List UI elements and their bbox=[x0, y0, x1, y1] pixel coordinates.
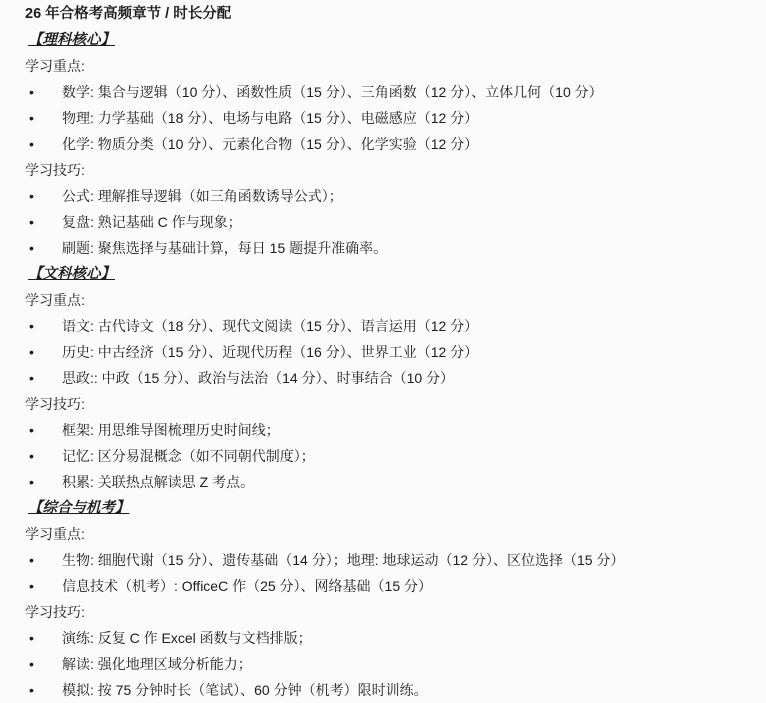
subsection-label-skills: 学习技巧: bbox=[25, 391, 748, 417]
bullet-item-interpret: 解读: 强化地理区域分析能力； bbox=[25, 651, 748, 677]
subsection-label-skills: 学习技巧: bbox=[25, 157, 748, 183]
document-page: 26 年合格考高频章节 / 时长分配 【理科核心】 学习重点: 数学: 集合与逻… bbox=[0, 0, 766, 703]
section-heading-text: 【文科核心】 bbox=[28, 266, 115, 282]
bullet-item-drill: 演练: 反复 C 作 Excel 函数与文档排版； bbox=[25, 625, 748, 651]
section-heading-text: 【理科核心】 bbox=[28, 32, 115, 48]
section-heading-comprehensive: 【综合与机考】 bbox=[25, 495, 748, 521]
bullet-list: 语文: 古代诗文（18 分）、现代文阅读（15 分）、语言运用（12 分） 历史… bbox=[25, 313, 748, 391]
bullet-item-simulate: 模拟: 按 75 分钟时长（笔试）、60 分钟（机考）限时训练。 bbox=[25, 677, 748, 703]
bullet-item-chemistry: 化学: 物质分类（10 分）、元素化合物（15 分）、化学实验（12 分） bbox=[25, 131, 748, 157]
page-title: 26 年合格考高频章节 / 时长分配 bbox=[25, 1, 748, 27]
bullet-list: 演练: 反复 C 作 Excel 函数与文档排版； 解读: 强化地理区域分析能力… bbox=[25, 625, 748, 703]
bullet-item-formula: 公式: 理解推导逻辑（如三角函数诱导公式）； bbox=[25, 183, 748, 209]
bullet-item-it: 信息技术（机考）: OfficeC 作（25 分）、网络基础（15 分） bbox=[25, 573, 748, 599]
subsection-label-skills: 学习技巧: bbox=[25, 599, 748, 625]
bullet-list: 公式: 理解推导逻辑（如三角函数诱导公式）； 复盘: 熟记基础 C 作与现象； … bbox=[25, 183, 748, 261]
section-heading-science: 【理科核心】 bbox=[25, 27, 748, 53]
bullet-item-memory: 记忆: 区分易混概念（如不同朝代制度）； bbox=[25, 443, 748, 469]
bullet-list: 生物: 细胞代谢（15 分）、遗传基础（14 分）；地理: 地球运动（12 分）… bbox=[25, 547, 748, 599]
bullet-item-math: 数学: 集合与逻辑（10 分）、函数性质（15 分）、三角函数（12 分）、立体… bbox=[25, 79, 748, 105]
subsection-label-focus: 学习重点: bbox=[25, 521, 748, 547]
bullet-item-history: 历史: 中古经济（15 分）、近现代历程（16 分）、世界工业（12 分） bbox=[25, 339, 748, 365]
bullet-item-physics: 物理: 力学基础（18 分）、电场与电路（15 分）、电磁感应（12 分） bbox=[25, 105, 748, 131]
subsection-label-focus: 学习重点: bbox=[25, 287, 748, 313]
bullet-list: 数学: 集合与逻辑（10 分）、函数性质（15 分）、三角函数（12 分）、立体… bbox=[25, 79, 748, 157]
bullet-list: 框架: 用思维导图梳理历史时间线； 记忆: 区分易混概念（如不同朝代制度）； 积… bbox=[25, 417, 748, 495]
bullet-item-framework: 框架: 用思维导图梳理历史时间线； bbox=[25, 417, 748, 443]
bullet-item-biology-geography: 生物: 细胞代谢（15 分）、遗传基础（14 分）；地理: 地球运动（12 分）… bbox=[25, 547, 748, 573]
section-heading-liberal-arts: 【文科核心】 bbox=[25, 261, 748, 287]
bullet-item-review: 复盘: 熟记基础 C 作与现象； bbox=[25, 209, 748, 235]
bullet-item-accumulate: 积累: 关联热点解读思 Z 考点。 bbox=[25, 469, 748, 495]
section-heading-text: 【综合与机考】 bbox=[28, 500, 130, 516]
subsection-label-focus: 学习重点: bbox=[25, 53, 748, 79]
bullet-item-chinese: 语文: 古代诗文（18 分）、现代文阅读（15 分）、语言运用（12 分） bbox=[25, 313, 748, 339]
bullet-item-politics: 思政:: 中政（15 分）、政治与法治（14 分）、时事结合（10 分） bbox=[25, 365, 748, 391]
bullet-item-practice: 刷题: 聚焦选择与基础计算，每日 15 题提升准确率。 bbox=[25, 235, 748, 261]
